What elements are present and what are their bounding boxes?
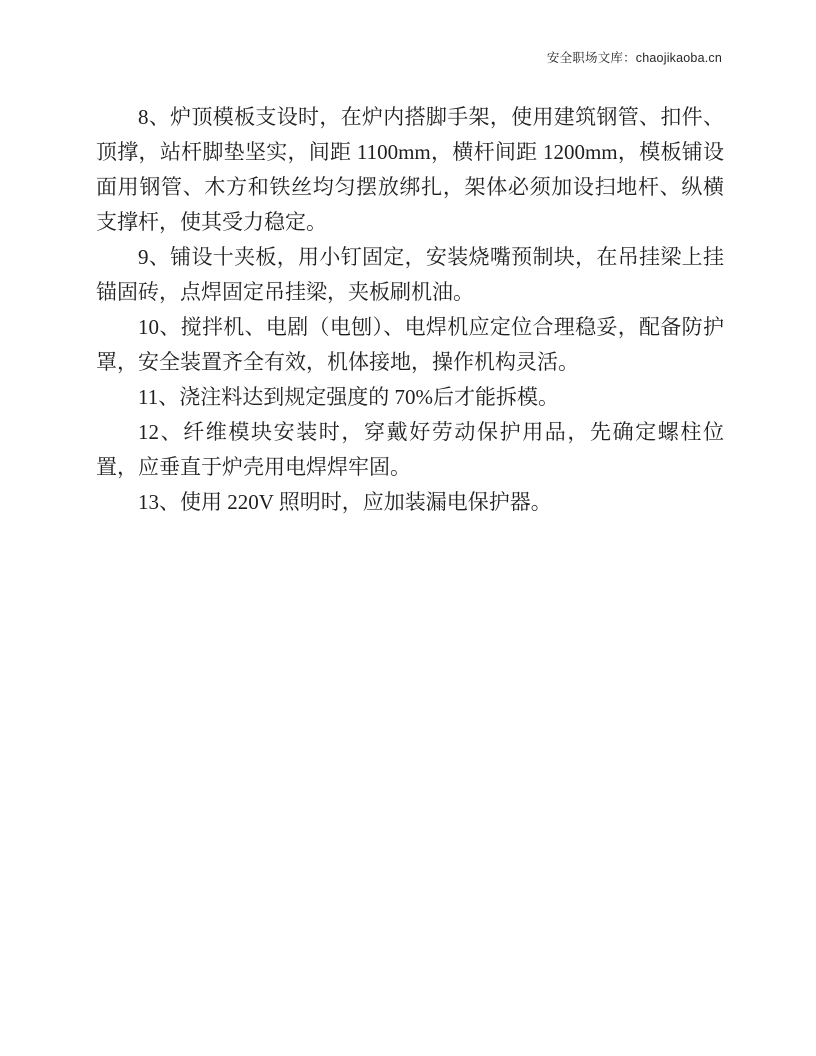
paragraph-item-9: 9、铺设十夹板，用小钉固定，安装烧嘴预制块，在吊挂梁上挂锚固砖，点焊固定吊挂梁，… bbox=[96, 240, 724, 310]
paragraph-item-8: 8、炉顶模板支设时，在炉内搭脚手架，使用建筑钢管、扣件、顶撑，站杆脚垫坚实，间距… bbox=[96, 100, 724, 240]
document-page: 安全职场文库：chaojikaoba.cn 8、炉顶模板支设时，在炉内搭脚手架，… bbox=[0, 0, 816, 1056]
document-body: 8、炉顶模板支设时，在炉内搭脚手架，使用建筑钢管、扣件、顶撑，站杆脚垫坚实，间距… bbox=[96, 100, 724, 520]
paragraph-item-13: 13、使用 220V 照明时，应加装漏电保护器。 bbox=[96, 485, 724, 520]
paragraph-item-11: 11、浇注料达到规定强度的 70%后才能拆模。 bbox=[96, 380, 724, 415]
paragraph-item-12: 12、纤维模块安装时，穿戴好劳动保护用品，先确定螺柱位置，应垂直于炉壳用电焊焊牢… bbox=[96, 415, 724, 485]
page-header: 安全职场文库：chaojikaoba.cn bbox=[96, 48, 722, 66]
paragraph-item-10: 10、搅拌机、电剧（电刨）、电焊机应定位合理稳妥，配备防护罩，安全装置齐全有效，… bbox=[96, 310, 724, 380]
site-label: 安全职场文库：chaojikaoba.cn bbox=[547, 51, 722, 65]
